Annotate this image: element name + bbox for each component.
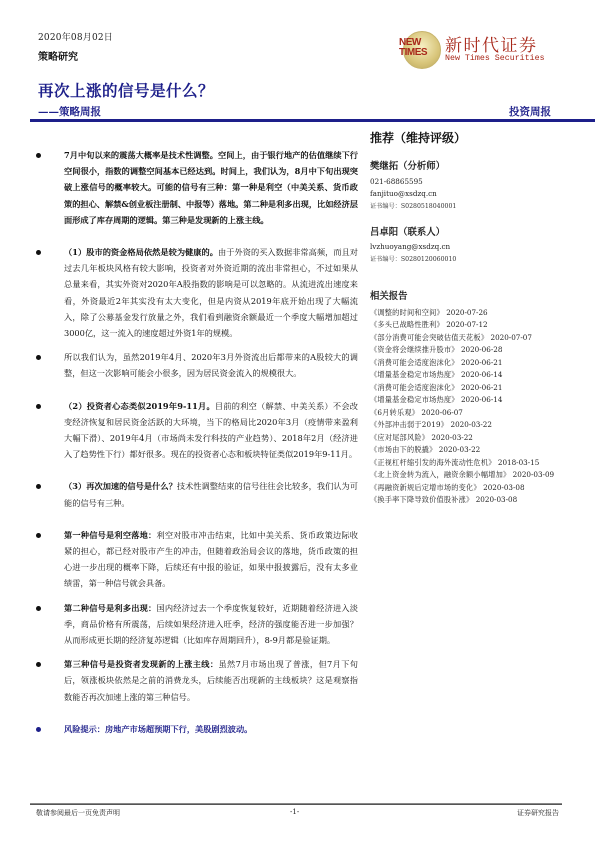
bullet-signal-2: 第二种信号是利多出现：国内经济过去一个季度恢复较好，近期随着经济进入淡季，商品价… [36, 600, 358, 649]
analyst-cert: 证书编号：S0280120060010 [370, 254, 580, 266]
bullet-capital: （1）股市的资金格局依然是较为健康的。由于外资的买入数据非常高频，而且对过去几年… [36, 244, 358, 341]
bullet-icon [36, 153, 41, 158]
related-report-date: 2020-06-07 [421, 408, 462, 417]
related-report-item[interactable]: 《外部冲击弱于2019》 2020-03-22 [370, 419, 580, 432]
related-report-title: 《多头已战略性胜利》 [370, 320, 444, 329]
related-report-item[interactable]: 《消费可能会适度泡沫化》 2020-06-21 [370, 382, 580, 395]
related-report-date: 2020-06-14 [461, 370, 502, 379]
analyst-email[interactable]: lvzhuoyang@xsdzq.cn [370, 241, 580, 253]
analyst-phone: 021-68865595 [370, 176, 580, 188]
related-report-item[interactable]: 《增量基金稳定市场热度》 2020-06-14 [370, 394, 580, 407]
related-report-title: 《市场由下的脱撬》 [370, 445, 437, 454]
bullet-text: 由于外资的买入数据非常高频，而且对过去几年板块风格有较大影响，投资者对外资近期的… [64, 247, 358, 338]
related-report-title: 《外部冲击弱于2019》 [370, 420, 448, 429]
related-report-item[interactable]: 《市场由下的脱撬》 2020-03-22 [370, 444, 580, 457]
analyst-email[interactable]: fanjituo@xsdzq.cn [370, 188, 580, 200]
analyst-name: 樊继拓（分析师） [370, 161, 580, 173]
related-report-date: 2018-03-15 [498, 458, 539, 467]
related-report-date: 2020-03-08 [483, 483, 524, 492]
bullet-sentiment: （2）投资者心态类似2019年9-11月。目前的利空（解禁、中美关系）不会改变经… [36, 398, 358, 463]
bullet-signal-1: 第一种信号是利空落地：利空对股市冲击结束，比如中美关系、货币政策边际收紧的担心，… [36, 527, 358, 592]
related-report-item[interactable]: 《应对尾部风险》 2020-03-22 [370, 432, 580, 445]
related-report-item[interactable]: 《正视杠杆缩引发的海外流动性危机》 2018-03-15 [370, 457, 580, 470]
bullet-lead: 第三种信号是投资者发现新的上涨主线： [64, 659, 218, 669]
related-report-item[interactable]: 《多头已战略性胜利》 2020-07-12 [370, 319, 580, 332]
related-report-title: 《北上资金转为流入，融资余额小幅增加》 [370, 470, 510, 479]
related-report-date: 2020-03-22 [431, 433, 472, 442]
doc-type-label: 投资周报 [509, 104, 551, 119]
report-date: 2020年08月02日 [38, 30, 113, 43]
analyst-card: 樊继拓（分析师） 021-68865595 fanjituo@xsdzq.cn … [370, 161, 580, 213]
header-divider [30, 119, 595, 122]
related-report-title: 《资金将会继续推升股市》 [370, 345, 459, 354]
related-report-title: 《应对尾部风险》 [370, 433, 429, 442]
bullet-lead: （2）投资者心态类似2019年9-11月。 [64, 401, 215, 411]
bullet-conclusion: 所以我们认为，虽然2019年4月、2020年3月外资流出后都带来的A股较大的调整… [36, 349, 358, 381]
related-report-item[interactable]: 《北上资金转为流入，融资余额小幅增加》 2020-03-09 [370, 469, 580, 482]
related-report-date: 2020-07-12 [446, 320, 487, 329]
analyst-card: 吕卓阳（联系人） lvzhuoyang@xsdzq.cn 证书编号：S02801… [370, 227, 580, 266]
related-report-item[interactable]: 《再融资新规后定增市场的变化》 2020-03-08 [370, 482, 580, 495]
bullet-signals: （3）再次加速的信号是什么？技术性调整结束的信号往往会比较多，我们认为可能的信号… [36, 478, 358, 510]
related-report-title: 《正视杠杆缩引发的海外流动性危机》 [370, 458, 496, 467]
analyst-name: 吕卓阳（联系人） [370, 227, 580, 239]
related-report-title: 《增量基金稳定市场热度》 [370, 370, 459, 379]
related-report-title: 《6月转乐观》 [370, 408, 419, 417]
related-report-date: 2020-06-14 [461, 395, 502, 404]
related-report-title: 《换手率下降导致价值股补涨》 [370, 495, 473, 504]
related-report-date: 2020-06-21 [461, 383, 502, 392]
department-label: 策略研究 [38, 48, 78, 63]
related-reports-title: 相关报告 [370, 291, 580, 303]
bullet-icon [36, 250, 41, 255]
bullet-signal-3: 第三种信号是投资者发现新的上涨主线：虽然7月市场出现了普涨，但7月下旬后，领涨板… [36, 656, 358, 705]
related-report-date: 2020-03-08 [476, 495, 517, 504]
bullet-lead: （3）再次加速的信号是什么？ [64, 481, 177, 491]
related-report-item[interactable]: 《换手率下降导致价值股补涨》 2020-03-08 [370, 494, 580, 507]
related-report-item[interactable]: 《6月转乐观》 2020-06-07 [370, 407, 580, 420]
analyst-cert: 证书编号：S0280518040001 [370, 201, 580, 213]
company-name-cn: 新时代证券 [445, 31, 538, 56]
related-report-title: 《消费可能会适度泡沫化》 [370, 358, 459, 367]
bullet-lead: 第二种信号是利多出现： [64, 603, 156, 613]
related-report-item[interactable]: 《资金将会继续推升股市》 2020-06-28 [370, 344, 580, 357]
risk-text: 风险提示：房地产市场超预期下行，美股剧烈波动。 [64, 724, 252, 734]
related-report-title: 《部分消费可能会突破估值天花板》 [370, 333, 488, 342]
related-report-date: 2020-06-28 [461, 345, 502, 354]
related-report-date: 2020-06-21 [461, 358, 502, 367]
main-content: 7月中旬以来的震荡大概率是技术性调整。空间上，由于银行地产的估值继续下行空间很小… [36, 147, 358, 745]
report-title: 再次上涨的信号是什么？ [38, 79, 214, 101]
related-reports-list: 《调整的时间和空间》 2020-07-26《多头已战略性胜利》 2020-07-… [370, 307, 580, 507]
bullet-icon [36, 484, 41, 489]
bullet-icon [36, 606, 41, 611]
bullet-icon [36, 355, 41, 360]
bullet-icon [36, 727, 41, 732]
rating-label: 推荐（维持评级） [370, 132, 580, 144]
related-report-item[interactable]: 《消费可能会适度泡沫化》 2020-06-21 [370, 357, 580, 370]
related-report-date: 2020-03-22 [451, 420, 492, 429]
footer-divider [30, 803, 562, 805]
sidebar: 推荐（维持评级） 樊继拓（分析师） 021-68865595 fanjituo@… [370, 132, 580, 507]
risk-warning: 风险提示：房地产市场超预期下行，美股剧烈波动。 [36, 721, 358, 737]
related-report-title: 《消费可能会适度泡沫化》 [370, 383, 459, 392]
footer-disclaimer[interactable]: 敬请参阅最后一页免责声明 [36, 808, 120, 818]
logo-mark-bottom: TIMES [399, 48, 427, 58]
bullet-lead: 第一种信号是利空落地： [64, 530, 156, 540]
bullet-text: 所以我们认为，虽然2019年4月、2020年3月外资流出后都带来的A股较大的调整… [64, 352, 358, 378]
related-report-title: 《再融资新规后定增市场的变化》 [370, 483, 481, 492]
bullet-icon [36, 404, 41, 409]
bullet-lead: （1）股市的资金格局依然是较为健康的。 [64, 247, 218, 257]
related-report-item[interactable]: 《增量基金稳定市场热度》 2020-06-14 [370, 369, 580, 382]
page-number: -1- [290, 808, 299, 816]
related-report-item[interactable]: 《部分消费可能会突破估值天花板》 2020-07-07 [370, 332, 580, 345]
report-subtitle: ——策略周报 [38, 104, 101, 119]
footer-label: 证券研究报告 [517, 808, 559, 818]
related-report-date: 2020-03-22 [439, 445, 480, 454]
related-report-title: 《调整的时间和空间》 [370, 308, 444, 317]
related-report-date: 2020-07-07 [491, 333, 532, 342]
company-name-en: New Times Securities [445, 54, 545, 63]
related-report-title: 《增量基金稳定市场热度》 [370, 395, 459, 404]
bullet-icon [36, 662, 41, 667]
related-report-item[interactable]: 《调整的时间和空间》 2020-07-26 [370, 307, 580, 320]
related-report-date: 2020-07-26 [446, 308, 487, 317]
company-logo: NEW TIMES 新时代证券 New Times Securities [393, 27, 595, 77]
summary-bullet: 7月中旬以来的震荡大概率是技术性调整。空间上，由于银行地产的估值继续下行空间很小… [36, 147, 358, 228]
bullet-text: 7月中旬以来的震荡大概率是技术性调整。空间上，由于银行地产的估值继续下行空间很小… [64, 150, 358, 225]
related-report-date: 2020-03-09 [513, 470, 554, 479]
bullet-icon [36, 533, 41, 538]
logo-mark: NEW TIMES [399, 38, 427, 58]
